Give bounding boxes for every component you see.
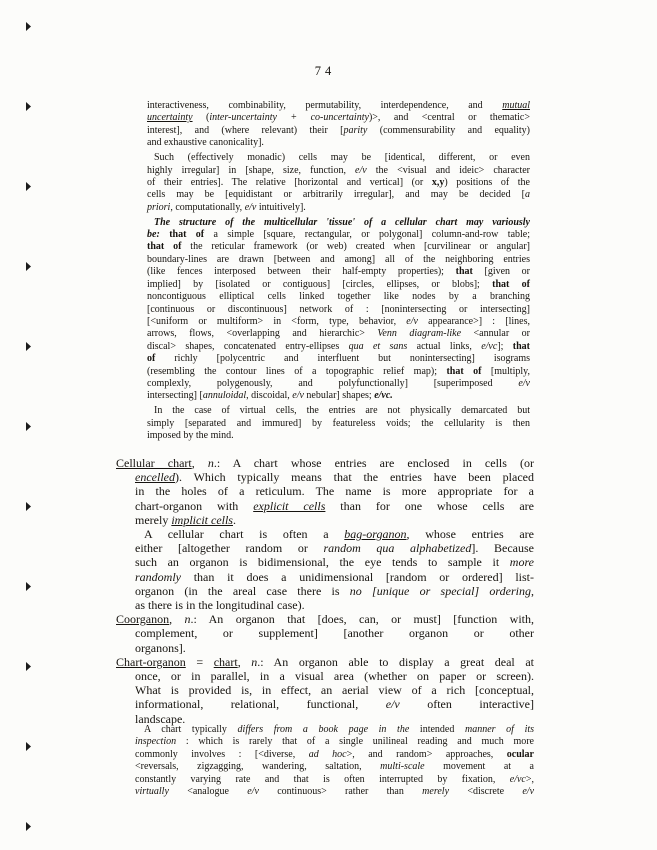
text-run: that of [169, 229, 204, 240]
text-run: Cellular chart [116, 456, 192, 470]
text-run: that of [446, 366, 481, 377]
text-line: implied] by [isolated or contiguous] [ci… [147, 279, 530, 291]
text-run: . [233, 513, 236, 527]
text-run: (resembling the contour lines of a topog… [147, 366, 446, 377]
text-run [160, 229, 169, 240]
text-line: What is provided is, in effect, an aeria… [116, 683, 534, 697]
text-run: than for one whose cells are [325, 499, 534, 513]
text-line: virtually <analogue e/v continuous> rath… [135, 786, 534, 798]
text-run: .: A chart whose entries are enclosed in… [214, 456, 534, 470]
text-line: encelled). Which typically means that th… [116, 470, 534, 484]
text-run: a simple [square, rectangular, or polygo… [204, 229, 530, 240]
text-line: commonly involves : [<diverse, ad hoc>, … [135, 749, 534, 761]
text-run: differs from a book page in the [238, 724, 410, 735]
text-line: inspection : which is rarely that of a s… [135, 736, 534, 748]
text-run: )>, and <central or thematic> [369, 112, 530, 123]
text-run: [continuous or discontinuous] network of… [147, 304, 530, 315]
text-line: chart-organon with explicit cells than f… [116, 499, 534, 513]
text-run: appearance>] : [lines, [418, 316, 530, 327]
text-run: imposed by the mind. [147, 430, 234, 441]
text-run: inter-uncertainty + co-uncertainty [209, 112, 369, 123]
text-run: .: An organon able to display a great de… [257, 655, 534, 669]
text-line: merely implicit cells. [116, 513, 534, 527]
text-run: be: [147, 229, 160, 240]
binding-mark [26, 22, 31, 31]
text-run: a [525, 189, 530, 200]
text-run: What is provided is, in effect, an aeria… [135, 683, 534, 697]
text-line: complexly, polygenously, and polyfunctio… [147, 378, 530, 390]
text-line: discal> shapes, concatenated entry-ellip… [147, 341, 530, 353]
text-run: , [238, 655, 252, 669]
text-line: <reversals, zigzagging, wandering, salta… [135, 761, 534, 773]
text-run: ]. Because [471, 541, 534, 555]
text-line: highly irregular] in [shape, size, funct… [147, 165, 530, 177]
text-run: annuloidal [203, 390, 246, 401]
text-run: <discrete [449, 786, 522, 797]
text-run: e/vc [481, 341, 497, 352]
scanned-document-page: 74 interactiveness, combinability, permu… [0, 0, 657, 850]
page-number: 74 [116, 64, 534, 79]
text-line: cells may be [equidistant or arbitrarily… [147, 189, 530, 201]
text-run: movement at a [425, 761, 534, 772]
text-run: chart [214, 655, 238, 669]
text-line: In the case of virtual cells, the entrie… [147, 405, 530, 417]
text-line: noncontiguous elliptical cells linked to… [147, 291, 530, 303]
text-run: merely [422, 786, 449, 797]
text-run: chart-organon with [135, 499, 253, 513]
text-run: implicit cells [171, 513, 233, 527]
text-run: e/v [518, 378, 530, 389]
text-run: simply [separated and immured] by featur… [147, 418, 530, 429]
text-run: that of [492, 279, 530, 290]
binding-mark [26, 662, 31, 671]
paragraph: In the case of virtual cells, the entrie… [147, 405, 530, 442]
text-line: A chart typically differs from a book pa… [135, 724, 534, 736]
text-line: once, or in parallel, in a visual area (… [116, 669, 534, 683]
text-run: informational, relational, functional, [135, 697, 386, 711]
text-run: mutual [502, 100, 530, 111]
text-line: such an organon is bidimensional, the ey… [116, 555, 534, 569]
text-line: that of the reticular framework (or web)… [147, 241, 530, 253]
text-line: The structure of the multicellular 'tiss… [147, 217, 530, 229]
text-run: noncontiguous elliptical cells linked to… [147, 291, 530, 302]
text-run: nebular] shapes; [304, 390, 374, 401]
text-run: cells may be [equidistant or arbitrarily… [147, 189, 525, 200]
text-run: random qua alphabetized [323, 541, 471, 555]
text-line: uncertainty (inter-uncertainty + co-unce… [147, 112, 530, 124]
text-run: implied] by [isolated or contiguous] [ci… [147, 279, 492, 290]
text-line: [<uniform or multiform> in <form, type, … [147, 316, 530, 328]
binding-mark [26, 422, 31, 431]
text-run: priori [147, 202, 170, 213]
text-line: of their entries]. The relative [horizon… [147, 177, 530, 189]
text-run: interest], and (where relevant) their [ [147, 125, 343, 136]
text-run: <reversals, zigzagging, wandering, salta… [135, 761, 380, 772]
text-run: more [510, 555, 534, 569]
text-run: e/v [245, 202, 257, 213]
text-run: richly [polycentric and interfluent but … [155, 353, 530, 364]
text-run: e/v [292, 390, 304, 401]
text-line: organons]. [116, 641, 534, 655]
binding-mark [26, 822, 31, 831]
text-run: ad hoc [309, 749, 347, 760]
text-line: informational, relational, functional, e… [116, 697, 534, 711]
paragraph: Cellular chart, n.: A chart whose entrie… [116, 456, 534, 612]
text-run: , discoidal, [246, 390, 292, 401]
text-line: of richly [polycentric and interfluent b… [147, 353, 530, 365]
text-run: of their entries]. The relative [horizon… [147, 177, 432, 188]
text-run: e/vc [510, 774, 526, 785]
text-run: parity [343, 125, 367, 136]
paragraph: interactiveness, combinability, permutab… [147, 100, 530, 150]
binding-mark [26, 342, 31, 351]
text-line: A cellular chart is often a bag-organon,… [116, 527, 534, 541]
text-run: Coorganon [116, 612, 169, 626]
text-line: either [altogether random or random qua … [116, 541, 534, 555]
text-line: complement, or supplement] [another orga… [116, 626, 534, 640]
binding-mark [26, 182, 31, 191]
text-run: organons]. [135, 641, 186, 655]
text-run: ]; [497, 341, 512, 352]
text-run: in the holes of a reticulum. The name is… [135, 484, 534, 498]
text-run: A chart typically [144, 724, 238, 735]
binding-mark [26, 102, 31, 111]
text-run: Such (effectively monadic) cells may be … [154, 152, 530, 163]
text-run: = [186, 655, 214, 669]
text-run: e/v [522, 786, 534, 797]
text-run: , [531, 584, 534, 598]
text-run: ( [193, 112, 210, 123]
text-run: randomly [135, 570, 181, 584]
text-line: in the holes of a reticulum. The name is… [116, 484, 534, 498]
text-run: x,y [432, 177, 445, 188]
text-run: than it does a unidimensional [random or… [181, 570, 534, 584]
closing-block: A chart typically differs from a book pa… [116, 724, 534, 798]
definitions-block: Cellular chart, n.: A chart whose entrie… [116, 456, 534, 726]
text-run: constantly varying rate and that is ofte… [135, 774, 510, 785]
text-run: discal> shapes, concatenated entry-ellip… [147, 341, 349, 352]
text-run: <annular or [461, 328, 530, 339]
text-run: ocular [507, 749, 534, 760]
text-run: (like fences interposed between their ha… [147, 266, 456, 277]
paragraph: Coorganon, n.: An organon that [does, ca… [116, 612, 534, 655]
text-run: The structure of the multicellular 'tiss… [154, 217, 530, 228]
text-run: >, and random> approaches, [347, 749, 507, 760]
binding-mark [26, 262, 31, 271]
text-run: such an organon is bidimensional, the ey… [135, 555, 510, 569]
continuation-block: interactiveness, combinability, permutab… [116, 100, 534, 442]
paragraph: Chart-organon = chart, n.: An organon ab… [116, 655, 534, 726]
text-run: e/v [386, 697, 400, 711]
text-line: Chart-organon = chart, n.: An organon ab… [116, 655, 534, 669]
text-run: multi-scale [380, 761, 424, 772]
text-run: continuous> rather than [259, 786, 422, 797]
text-run: Venn diagram-like [377, 328, 461, 339]
text-line: be: that of a simple [square, rectangula… [147, 229, 530, 241]
paragraph: The structure of the multicellular 'tiss… [147, 217, 530, 403]
text-line: and exhaustive canonicality]. [147, 137, 530, 149]
text-run: intersecting] [ [147, 390, 203, 401]
text-line: interest], and (where relevant) their [p… [147, 125, 530, 137]
paragraph: A chart typically differs from a book pa… [135, 724, 534, 798]
text-run: , [192, 456, 208, 470]
text-run: e/v [355, 165, 367, 176]
text-line: as there is in the longitudinal case). [116, 598, 534, 612]
text-run: , whose entries are [407, 527, 534, 541]
text-run: interactiveness, combinability, permutab… [147, 100, 502, 111]
binding-mark [26, 742, 31, 751]
text-run: inspection [135, 736, 176, 747]
text-run: e/vc. [374, 390, 393, 401]
text-run: that [513, 341, 530, 352]
text-run: encelled [135, 470, 175, 484]
text-line: intersecting] [annuloidal, discoidal, e/… [147, 390, 530, 402]
text-run: e/v [406, 316, 418, 327]
text-line: arrows, flows, <overlapping and hierarch… [147, 328, 530, 340]
text-run: merely [135, 513, 171, 527]
text-run: [multiply, [481, 366, 530, 377]
text-run: that of [147, 241, 181, 252]
text-run: ) positions of the [444, 177, 530, 188]
text-run: the <visual and ideic> character [367, 165, 530, 176]
text-run: no [unique or special] ordering [350, 584, 531, 598]
text-run: ). Which typically means that the entrie… [175, 470, 534, 484]
text-run: uncertainty [147, 112, 193, 123]
text-run: Chart-organon [116, 655, 186, 669]
text-line: Coorganon, n.: An organon that [does, ca… [116, 612, 534, 626]
text-run: often interactive] [400, 697, 534, 711]
text-line: Cellular chart, n.: A chart whose entrie… [116, 456, 534, 470]
text-run: once, or in parallel, in a visual area (… [135, 669, 534, 683]
text-run: that [456, 266, 473, 277]
text-run: , [169, 612, 184, 626]
text-line: randomly than it does a unidimensional [… [116, 570, 534, 584]
text-run: e/v [247, 786, 259, 797]
text-run: virtually [135, 786, 169, 797]
text-run: [<uniform or multiform> in <form, type, … [147, 316, 406, 327]
text-run: , computationally, [170, 202, 244, 213]
text-line: [continuous or discontinuous] network of… [147, 304, 530, 316]
text-run: commonly involves : [<diverse, [135, 749, 309, 760]
text-line: priori, computationally, e/v intuitively… [147, 202, 530, 214]
text-line: imposed by the mind. [147, 430, 530, 442]
text-line: constantly varying rate and that is ofte… [135, 774, 534, 786]
text-run: intuitively]. [256, 202, 305, 213]
text-run: : which is rarely that of a single unili… [176, 736, 534, 747]
text-run: complement, or supplement] [another orga… [135, 626, 534, 640]
text-run: >, [526, 774, 534, 785]
text-run: intended [409, 724, 465, 735]
text-line: (resembling the contour lines of a topog… [147, 366, 530, 378]
text-line: interactiveness, combinability, permutab… [147, 100, 530, 112]
text-run: actual links, [407, 341, 481, 352]
text-run: [given or [473, 266, 530, 277]
binding-mark [26, 582, 31, 591]
text-run: and exhaustive canonicality]. [147, 137, 264, 148]
binding-mark [26, 502, 31, 511]
text-run: <analogue [169, 786, 247, 797]
text-line: (like fences interposed between their ha… [147, 266, 530, 278]
paragraph: Such (effectively monadic) cells may be … [147, 152, 530, 214]
text-run: boundary-lines are drawn [between and am… [147, 254, 530, 265]
text-run: .: An organon that [does, can, or must] … [191, 612, 534, 626]
text-run: organon (in the areal case there is [135, 584, 350, 598]
text-line: simply [separated and immured] by featur… [147, 418, 530, 430]
text-run: qua et sans [349, 341, 408, 352]
text-run: either [altogether random or [135, 541, 323, 555]
text-run: manner of its [465, 724, 534, 735]
text-run: the reticular framework (or web) created… [181, 241, 530, 252]
text-run: highly irregular] in [shape, size, funct… [147, 165, 355, 176]
text-run: as there is in the longitudinal case). [135, 598, 305, 612]
text-run: A cellular chart is often a [144, 527, 344, 541]
text-run: arrows, flows, <overlapping and hierarch… [147, 328, 377, 339]
text-line: Such (effectively monadic) cells may be … [147, 152, 530, 164]
text-run: complexly, polygenously, and polyfunctio… [147, 378, 518, 389]
text-run: (commensurability and equality) [367, 125, 530, 136]
text-run: explicit cells [253, 499, 325, 513]
text-run: bag-organon [344, 527, 406, 541]
text-line: boundary-lines are drawn [between and am… [147, 254, 530, 266]
text-run: In the case of virtual cells, the entrie… [154, 405, 530, 416]
text-line: organon (in the areal case there is no [… [116, 584, 534, 598]
